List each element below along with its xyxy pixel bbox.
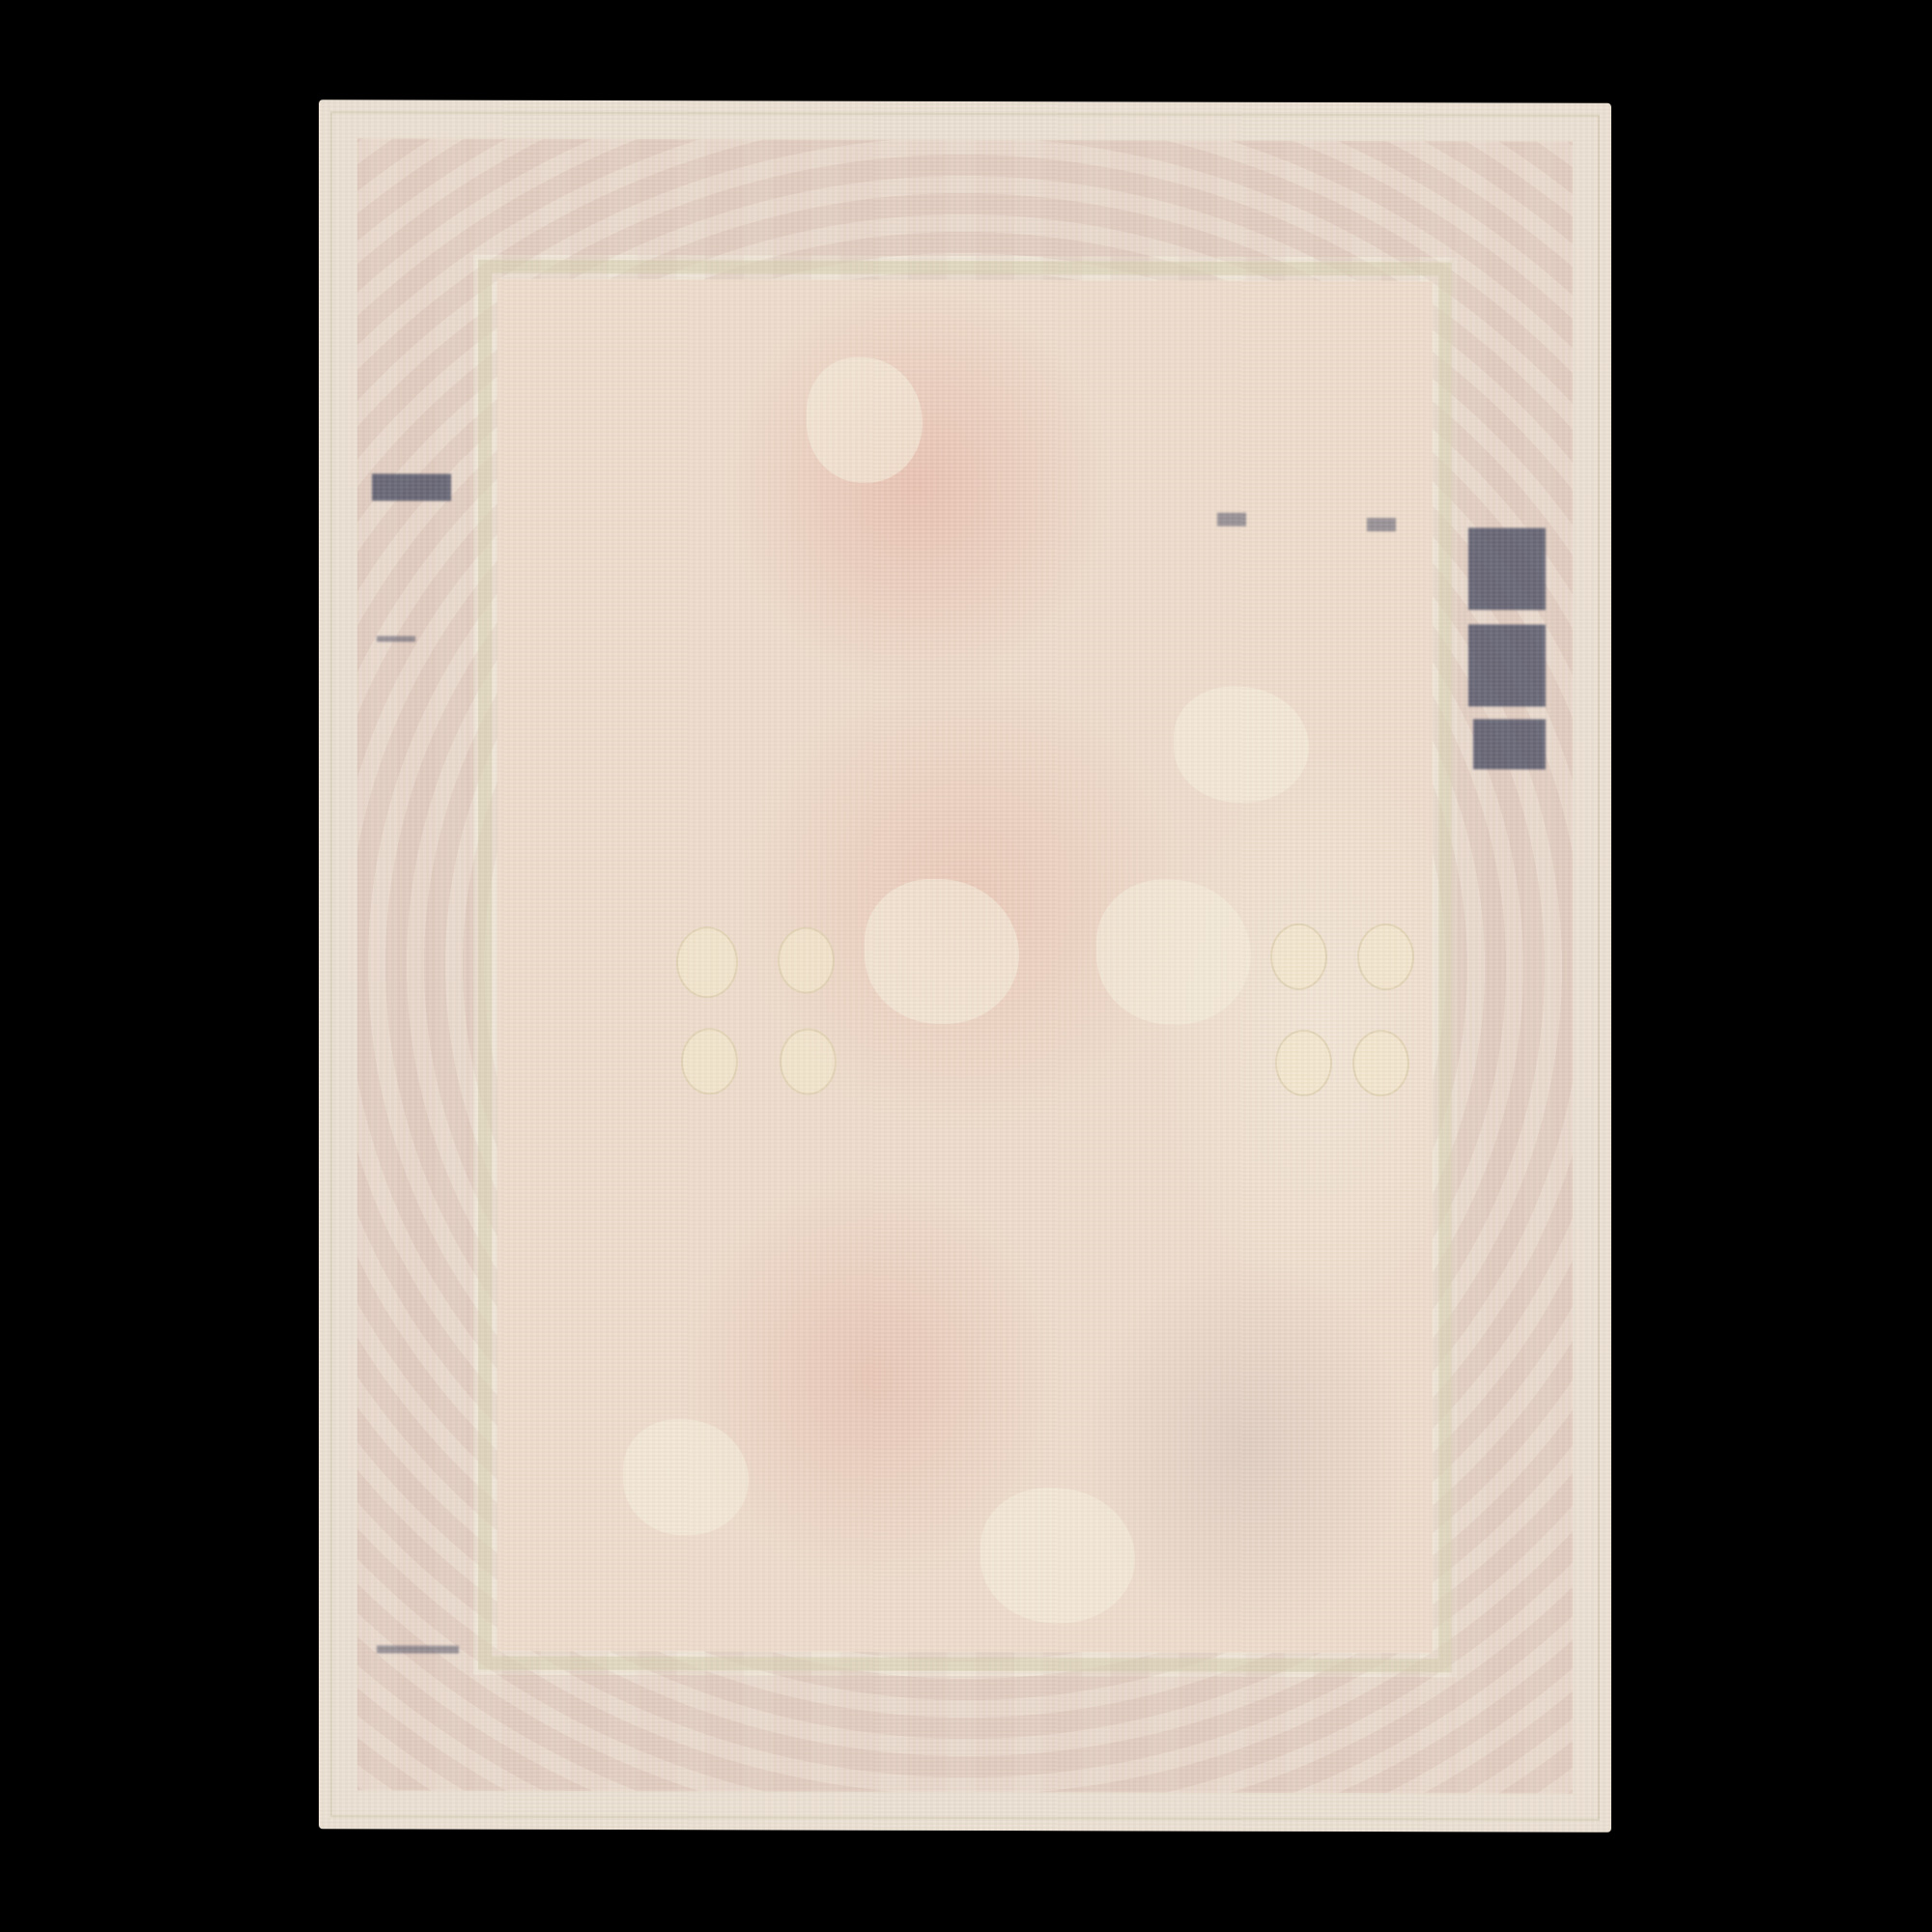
floral-motif-top	[807, 357, 923, 483]
medallion-left-top	[676, 926, 738, 998]
floral-motif-center-left	[865, 879, 1019, 1024]
rug-field	[497, 279, 1433, 1654]
floral-motif-upper-right	[1174, 687, 1309, 803]
worn-spot-field-2	[1367, 518, 1396, 531]
worn-patch-right-middle	[1468, 624, 1546, 706]
worn-patch-right-top	[1468, 527, 1546, 610]
medallion-right-top	[1270, 923, 1327, 990]
medallion-left-bottom-inner	[780, 1028, 837, 1094]
worn-patch-left-mid	[377, 636, 415, 641]
medallion-left-inner	[778, 926, 835, 993]
floral-motif-bottom	[980, 1488, 1135, 1623]
worn-patch-left-upper	[372, 473, 451, 500]
medallion-left-bottom	[681, 1028, 738, 1094]
floral-motif-lower-left	[623, 1419, 749, 1535]
medallion-right-bottom	[1275, 1030, 1332, 1096]
floral-motif-center-right	[1096, 879, 1251, 1024]
worn-patch-right-bottom	[1473, 719, 1546, 769]
medallion-right-bottom-inner	[1352, 1030, 1409, 1096]
rug	[319, 99, 1611, 1833]
worn-spot-field-1	[1217, 513, 1246, 526]
worn-patch-left-lower	[377, 1645, 459, 1653]
medallion-right-inner	[1357, 923, 1414, 990]
